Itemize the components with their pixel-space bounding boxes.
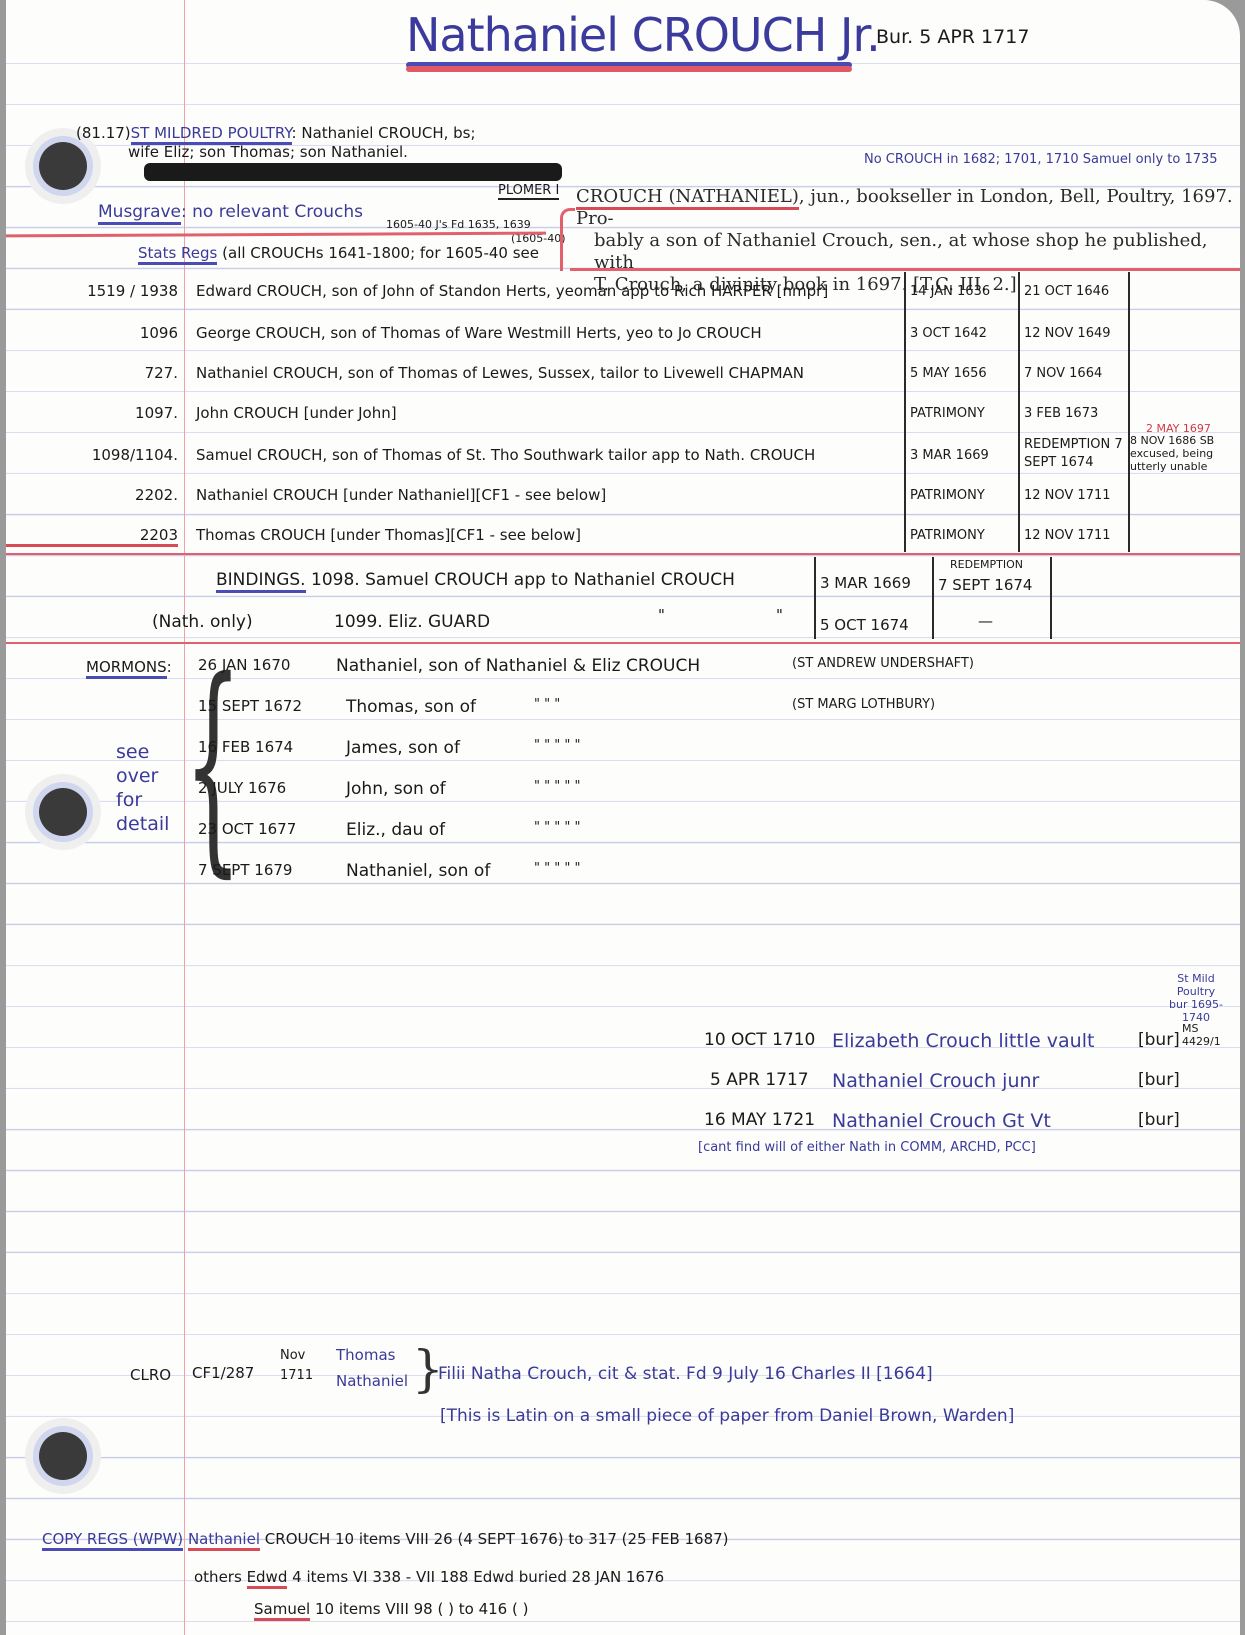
plomer-headword: CROUCH (NATHANIEL) [576, 186, 799, 210]
clro-text: Filii Natha Crouch, cit & stat. Fd 9 Jul… [438, 1364, 933, 1384]
burial-date: Bur. 5 APR 1717 [876, 26, 1029, 48]
binding-freed-0: 7 SEPT 1674 [938, 576, 1032, 594]
burial-date: 5 APR 1717 [710, 1070, 809, 1090]
st-mildred-ref: (81.17) [76, 124, 131, 142]
stats-row-num: 1097. [6, 404, 178, 422]
bindings-label: BINDINGS. [216, 570, 306, 593]
stats-row-bound: PATRIMONY [910, 488, 985, 503]
copy-regs-name: Nathaniel [188, 1530, 260, 1551]
title-underline-red [406, 66, 852, 72]
stats-row-text: Thomas CROUCH [under Thomas][CF1 - see b… [196, 526, 581, 544]
binder-hole-icon [39, 1432, 87, 1480]
stats-row-text: George CROUCH, son of Thomas of Ware Wes… [196, 324, 762, 342]
burial-tag: [bur] [1138, 1070, 1180, 1090]
burial-date: 16 MAY 1721 [704, 1110, 815, 1130]
mormon-text: John, son of [346, 779, 446, 799]
binding-text-1: Eliz. GUARD [388, 612, 490, 632]
clro-name2: Nathaniel [336, 1372, 408, 1390]
stats-row-freed: 7 NOV 1664 [1024, 366, 1102, 381]
st-mildred-label: ST MILDRED POULTRY [131, 124, 292, 145]
binding-num-0: 1098. [311, 570, 360, 590]
mormon-text: Nathaniel, son of Nathaniel & Eliz CROUC… [336, 656, 700, 676]
copy-regs-line2: 4 items VI 338 - VII 188 Edwd buried 28 … [292, 1568, 664, 1586]
stats-row-num: 1519 / 1938 [6, 282, 178, 300]
mormon-date: 15 SEPT 1672 [198, 697, 302, 715]
mormon-ditto: " " " " " [534, 779, 580, 794]
binding-num-1: 1099. [334, 612, 383, 632]
st-mildred-line1: : Nathaniel CROUCH, bs; [292, 124, 476, 142]
stats-row-bound: 3 MAR 1669 [910, 448, 989, 463]
stats-row-text: Samuel CROUCH, son of Thomas of St. Tho … [196, 446, 815, 464]
plomer-note-top: No CROUCH in 1682; 1701, 1710 Samuel onl… [864, 152, 1218, 167]
stats-row-bound: 14 JAN 1636 [910, 284, 990, 299]
burial-date: 10 OCT 1710 [704, 1030, 815, 1050]
plomer-box-edge [560, 208, 575, 271]
binder-hole-icon [39, 142, 87, 190]
stats-row-num: 1098/1104. [6, 446, 178, 464]
binder-hole-icon [39, 788, 87, 836]
page-title: Nathaniel CROUCH Jr. [406, 8, 880, 62]
burial-tag: [bur] [1138, 1110, 1180, 1130]
section-divider [6, 232, 546, 238]
stats-row-num: 727. [6, 364, 178, 382]
stats-row-freed: 12 NOV 1711 [1024, 528, 1111, 543]
clro-ref: CF1/287 [192, 1364, 254, 1382]
stats-row-num: 2203 [6, 526, 178, 547]
brace-icon: { [184, 650, 242, 890]
side-note: 8 NOV 1686 SB excused, being utterly una… [1130, 434, 1230, 473]
st-mildred-line2: wife Eliz; son Thomas; son Nathaniel. [128, 143, 408, 161]
stats-row-bound: 3 OCT 1642 [910, 326, 987, 341]
ms-note-line: MS [1182, 1022, 1232, 1035]
section-divider [570, 268, 1240, 271]
edwd-name: Edwd [247, 1568, 288, 1589]
mormon-text: Thomas, son of [346, 697, 476, 717]
samuel-name: Samuel [254, 1600, 310, 1621]
binding-ditto: " [776, 606, 783, 624]
burial-text: Nathaniel Crouch Gt Vt [832, 1110, 1051, 1132]
plomer-label: PLOMER I [498, 183, 559, 200]
side-note-word: for [116, 788, 176, 812]
bindings-sub: (Nath. only) [152, 612, 253, 632]
stats-row-freed: 3 FEB 1673 [1024, 406, 1098, 421]
mormon-place: (ST MARG LOTHBURY) [792, 697, 935, 712]
will-note: [cant find will of either Nath in COMM, … [698, 1140, 1036, 1155]
mormon-text: Nathaniel, son of [346, 861, 490, 881]
musgrave-text: : no relevant Crouchs [181, 202, 363, 222]
stats-row-freed: 21 OCT 1646 [1024, 284, 1109, 299]
mormon-text: James, son of [346, 738, 460, 758]
burial-text: Elizabeth Crouch little vault [832, 1030, 1094, 1052]
stats-row-num: 1096 [6, 324, 178, 342]
binding-bound-1: 5 OCT 1674 [820, 616, 909, 634]
clro-note: [This is Latin on a small piece of paper… [440, 1406, 1014, 1426]
stats-row-bound: PATRIMONY [910, 406, 985, 421]
table-divider [1128, 272, 1130, 552]
stats-row-text: Nathaniel CROUCH, son of Thomas of Lewes… [196, 364, 804, 382]
burial-source-note: St MildPoultrybur 1695-1740 [1166, 972, 1226, 1024]
stats-regs-label: Stats Regs [138, 244, 217, 265]
mormon-ditto: " " " " " [534, 738, 580, 753]
stats-row-bound: PATRIMONY [910, 528, 985, 543]
source-note-line: Poultry [1166, 985, 1226, 998]
clro-name1: Thomas [336, 1346, 395, 1364]
plomer-note-left1: 1605-40 J's Fd 1635, 1639 [386, 218, 531, 231]
side-note-word: detail [116, 812, 176, 836]
table-divider [904, 272, 906, 552]
mormons-side-note: seeoverfordetail [116, 740, 176, 836]
mormon-ditto: " " " [534, 697, 560, 712]
side-note-word: over [116, 764, 176, 788]
side-note-word: see [116, 740, 176, 764]
copy-regs-label: COPY REGS (WPW) [42, 1530, 183, 1551]
source-note-line: St Mild [1166, 972, 1226, 985]
mormon-text: Eliz., dau of [346, 820, 445, 840]
table-divider [814, 557, 816, 639]
table-divider [1050, 557, 1052, 639]
mormon-date: 16 FEB 1674 [198, 738, 293, 756]
musgrave-label: Musgrave [98, 202, 181, 225]
copy-regs-line3: 10 items VIII 98 ( ) to 416 ( ) [315, 1600, 528, 1618]
mormon-place: (ST ANDREW UNDERSHAFT) [792, 656, 974, 671]
notebook-page: Nathaniel CROUCH Jr. Bur. 5 APR 1717 (81… [6, 0, 1240, 1635]
burial-text: Nathaniel Crouch junr [832, 1070, 1039, 1092]
binding-freed-label-0: REDEMPTION [950, 558, 1023, 571]
mormon-date: 7 SEPT 1679 [198, 861, 292, 879]
clro-year: 1711 [280, 1368, 313, 1383]
stats-row-freed: 12 NOV 1649 [1024, 326, 1111, 341]
binding-ditto: " [658, 606, 665, 624]
section-divider [6, 553, 1240, 555]
binding-freed-1: — [978, 612, 993, 630]
stats-row-text: Nathaniel CROUCH [under Nathaniel][CF1 -… [196, 486, 606, 504]
source-note-line: bur 1695- [1166, 998, 1226, 1011]
burial-tag: [bur] [1138, 1030, 1180, 1050]
mormons-label: MORMONS: [86, 658, 172, 676]
ms-note-line: 4429/1 [1182, 1035, 1232, 1048]
mormon-date: 2 JULY 1676 [198, 779, 286, 797]
mormon-date: 26 JAN 1670 [198, 656, 290, 674]
copy-regs-line1: CROUCH 10 items VIII 26 (4 SEPT 1676) to… [265, 1530, 729, 1548]
mormon-ditto: " " " " " [534, 861, 580, 876]
stats-regs-text: (all CROUCHs 1641-1800; for 1605-40 see [222, 244, 539, 262]
table-divider [932, 557, 934, 639]
table-divider [1018, 272, 1020, 552]
binding-text-0: Samuel CROUCH app to Nathaniel CROUCH [365, 570, 735, 590]
burial-ms-note: MS4429/1 [1182, 1022, 1232, 1048]
stats-row-bound: 5 MAY 1656 [910, 366, 987, 381]
mormon-date: 23 OCT 1677 [198, 820, 296, 838]
stats-row-num: 2202. [6, 486, 178, 504]
others-label: others [194, 1568, 242, 1586]
mormon-ditto: " " " " " [534, 820, 580, 835]
binding-bound-0: 3 MAR 1669 [820, 574, 911, 592]
stats-row-freed: 12 NOV 1711 [1024, 488, 1111, 503]
stats-row-freed: REDEMPTION 7 SEPT 1674 [1024, 436, 1124, 472]
stats-row-text: Edward CROUCH, son of John of Standon He… [196, 282, 828, 300]
clro-month: Nov [280, 1348, 305, 1363]
clro-label: CLRO [130, 1366, 171, 1384]
stats-row-text: John CROUCH [under John] [196, 404, 397, 422]
redacted-line [144, 163, 562, 181]
